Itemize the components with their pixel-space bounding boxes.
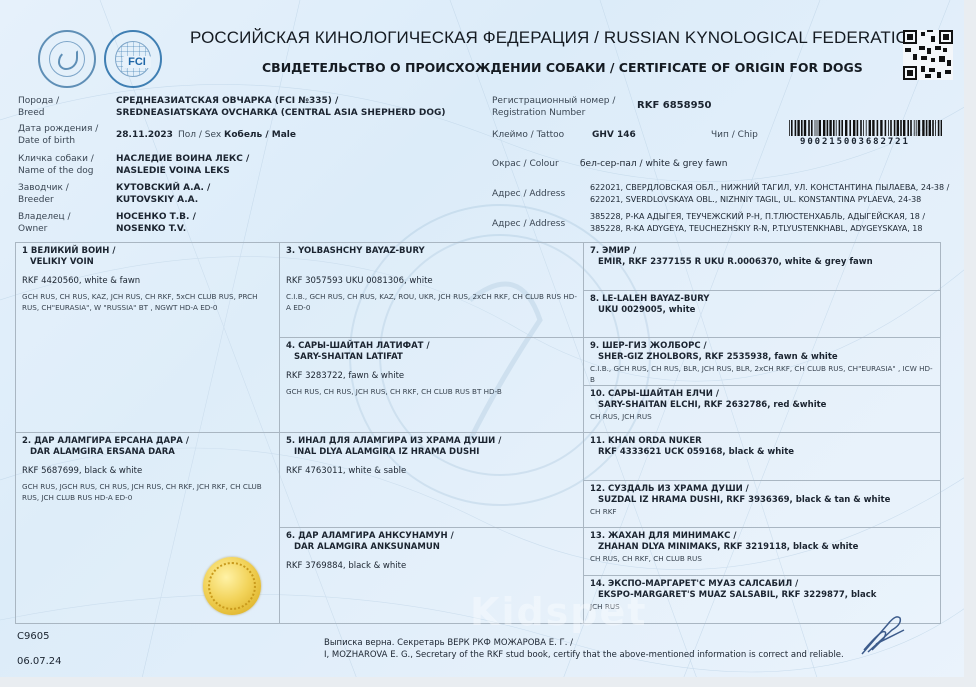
signature-icon	[858, 610, 908, 658]
pedigree-ancestor-5: 5. ИНАЛ ДЛЯ АЛАМГИРА ИЗ ХРАМА ДУШИ / INA…	[279, 432, 584, 528]
address-1-value: 622021, СВЕРДЛОВСКАЯ ОБЛ., НИЖНИЙ ТАГИЛ,…	[590, 182, 949, 206]
address-2-label: Адрес / Address	[492, 218, 565, 230]
dob-value: 28.11.2023	[116, 129, 173, 141]
gold-seal-icon	[203, 557, 261, 615]
page-edge-bottom	[0, 677, 976, 687]
owner-label: Владелец /Owner	[18, 211, 71, 235]
watermark: Kidspet	[470, 590, 647, 634]
pedigree-ancestor-4: 4. САРЫ-ШАЙТАН ЛАТИФАТ / SARY-SHAITAN LA…	[279, 337, 584, 433]
pedigree-ancestor-13: 13. ЖАХАН ДЛЯ МИНИМАКС / ZHAHAN DLYA MIN…	[583, 527, 941, 576]
fci-label: FCI	[123, 56, 151, 68]
sex-label: Пол / Sex	[178, 129, 221, 141]
breeder-label: Заводчик /Breeder	[18, 182, 69, 206]
dob-label: Дата рождения /Date of birth	[18, 123, 98, 147]
breed-value: СРЕДНЕАЗИАТСКАЯ ОВЧАРКА (FCI №335) /SRED…	[116, 95, 446, 119]
page-title: РОССИЙСКАЯ КИНОЛОГИЧЕСКАЯ ФЕДЕРАЦИЯ / RU…	[190, 28, 921, 48]
pedigree-sire-1: 1 ВЕЛИКИЙ ВОИН / VELIKIY VOIN RKF 442056…	[15, 242, 280, 433]
rkf-emblem-icon	[38, 30, 96, 88]
pedigree-ancestor-11: 11. KHAN ORDA NUKER RKF 4333621 UCK 0591…	[583, 432, 941, 481]
certificate-code: C9605	[17, 631, 49, 642]
issue-date: 06.07.24	[17, 656, 62, 667]
fci-emblem-icon: FCI	[104, 30, 162, 88]
pedigree-ancestor-10: 10. САРЫ-ШАЙТАН ЕЛЧИ / SARY-SHAITAN ELCH…	[583, 385, 941, 433]
pedigree-ancestor-9: 9. ШЕР-ГИЗ ЖОЛБОРС / SHER-GIZ ZHOLBORS, …	[583, 337, 941, 386]
pedigree-ancestor-7: 7. ЭМИР / EMIR, RKF 2377155 R UKU R.0006…	[583, 242, 941, 291]
pedigree-ancestor-12: 12. СУЗДАЛЬ ИЗ ХРАМА ДУШИ / SUZDAL IZ HR…	[583, 480, 941, 528]
chip-number: 900215003682721	[800, 137, 910, 147]
owner-value: НОСЕНКО Т.В. /NOSENKO T.V.	[116, 211, 196, 235]
address-1-label: Адрес / Address	[492, 188, 565, 200]
certificate-page: FCI РОССИЙСКАЯ КИНОЛОГИЧЕСКАЯ ФЕДЕРАЦИЯ …	[0, 0, 976, 687]
dog-name-label: Кличка собаки /Name of the dog	[18, 153, 94, 177]
qr-code-icon	[903, 29, 953, 81]
dog-head-icon	[58, 50, 78, 70]
tattoo-value: GHV 146	[592, 129, 636, 141]
sex-value: Кобель / Male	[224, 129, 296, 141]
dog-name-value: НАСЛЕДИЕ ВОИНА ЛЕКС /NASLEDIE VOINA LEKS	[116, 153, 249, 177]
certificate-subtitle: СВИДЕТЕЛЬСТВО О ПРОИСХОЖДЕНИИ СОБАКИ / C…	[262, 60, 863, 75]
breeder-value: КУТОВСКИЙ А.А. /KUTOVSKIY A.A.	[116, 182, 210, 206]
colour-label: Окрас / Colour	[492, 158, 559, 170]
registration-value: RKF 6858950	[637, 100, 711, 112]
page-edge	[964, 0, 976, 687]
address-2-value: 385228, Р-КА АДЫГЕЯ, ТЕУЧЕЖСКИЙ Р-Н, П.Т…	[590, 211, 925, 235]
certification-text-ru: Выписка верна. Секретарь ВЕРК РКФ МОЖАРО…	[324, 638, 573, 648]
breed-label: Порода /Breed	[18, 95, 59, 119]
pedigree-ancestor-8: 8. LE-LALEH BAYAZ-BURY UKU 0029005, whit…	[583, 290, 941, 338]
certification-text-en: I, MOZHAROVA E. G., Secretary of the RKF…	[324, 650, 844, 660]
chip-label: Чип / Chip	[711, 129, 758, 141]
colour-value: бел-сер-пал / white & grey fawn	[580, 158, 728, 170]
chip-barcode-icon	[789, 120, 942, 136]
pedigree-ancestor-3: 3. YOLBASHCHY BAYAZ-BURY RKF 3057593 UKU…	[279, 242, 584, 338]
tattoo-label: Клеймо / Tattoo	[492, 129, 564, 141]
registration-label: Регистрационный номер /Registration Numb…	[492, 95, 615, 119]
